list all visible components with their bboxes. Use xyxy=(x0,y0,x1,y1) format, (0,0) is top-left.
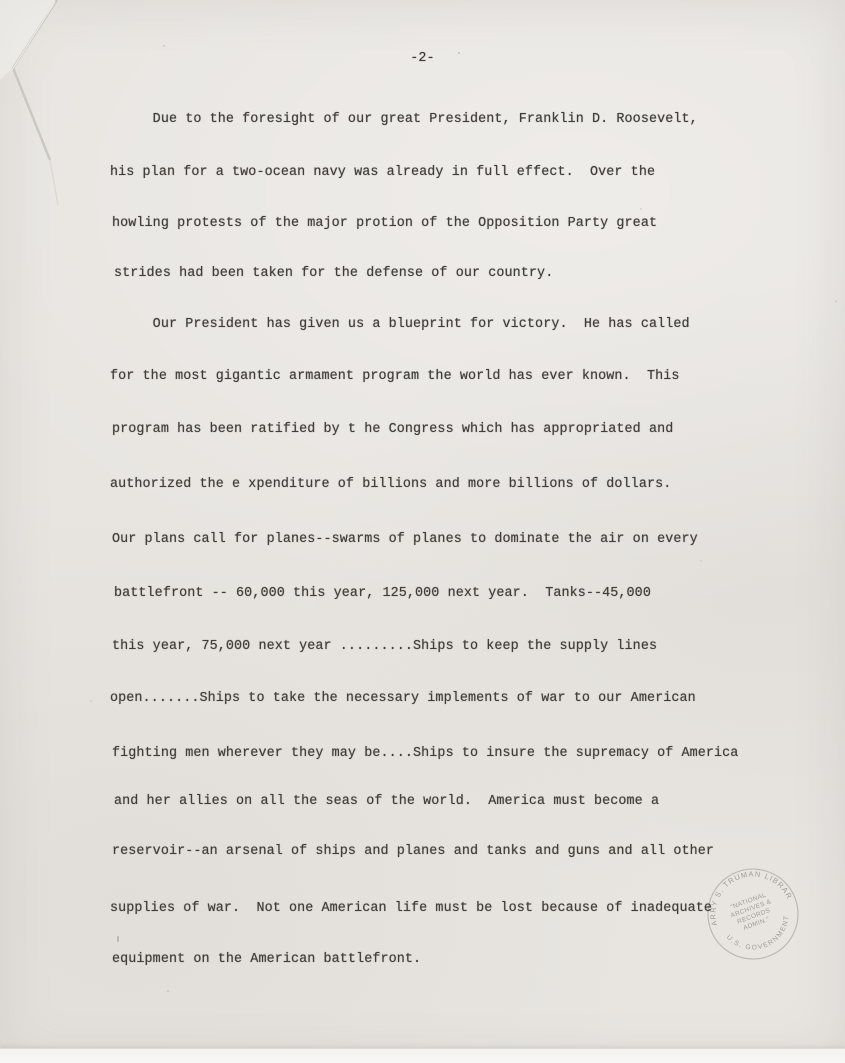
text-line: fighting men wherever they may be....Shi… xyxy=(112,746,738,761)
text-line: Our plans call for planes--swarms of pla… xyxy=(112,532,698,547)
text-line: and her allies on all the seas of the wo… xyxy=(114,794,659,809)
paper-bottom-edge xyxy=(0,1048,845,1063)
text-line: supplies of war. Not one American life m… xyxy=(110,901,712,916)
text-line: his plan for a two-ocean navy was alread… xyxy=(110,165,655,180)
document-page: -2- Due to the foresight of our great Pr… xyxy=(0,0,845,1063)
dust-speck xyxy=(597,641,599,643)
dust-speck xyxy=(163,45,165,47)
text-line: program has been ratified by t he Congre… xyxy=(112,422,673,437)
dust-speck xyxy=(700,560,702,562)
dust-speck xyxy=(458,52,460,54)
text-line: open.......Ships to take the necessary i… xyxy=(110,691,696,706)
dust-speck xyxy=(167,990,169,992)
pen-tick-mark xyxy=(117,936,119,942)
text-line: reservoir--an arsenal of ships and plane… xyxy=(112,844,714,859)
truman-library-stamp: HARRY S. TRUMAN LIBRARY U.S. GOVERNMENT … xyxy=(701,862,805,966)
text-line: Our President has given us a blueprint f… xyxy=(112,317,690,332)
text-line: howling protests of the major protion of… xyxy=(112,216,657,231)
text-line: battlefront -- 60,000 this year, 125,000… xyxy=(114,586,651,601)
text-line: this year, 75,000 next year .........Shi… xyxy=(112,639,657,654)
dust-speck xyxy=(835,300,837,303)
text-line: strides had been taken for the defense o… xyxy=(114,266,553,281)
text-line: authorized the e xpenditure of billions … xyxy=(110,477,671,492)
dust-speck xyxy=(640,208,642,210)
text-line: for the most gigantic armament program t… xyxy=(110,369,680,384)
text-line: Due to the foresight of our great Presid… xyxy=(112,112,698,127)
text-line: equipment on the American battlefront. xyxy=(112,952,421,967)
dust-speck xyxy=(90,700,92,702)
